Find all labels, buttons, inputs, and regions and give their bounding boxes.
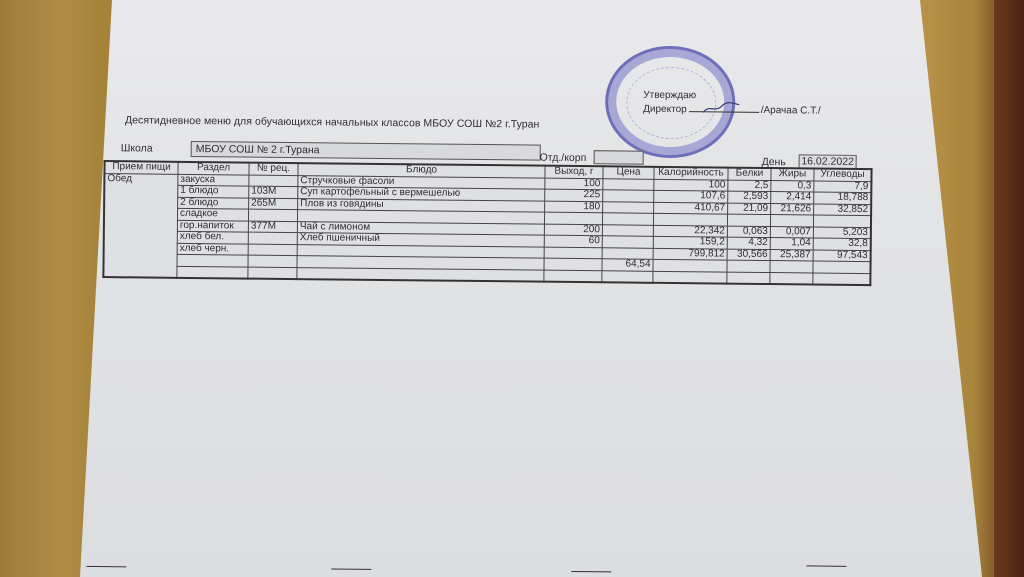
protein-cell [727, 260, 770, 272]
section-cell [177, 266, 248, 279]
price-cell [602, 247, 653, 259]
price-cell [603, 190, 654, 202]
price-cell [602, 270, 653, 283]
recipe-cell [248, 209, 297, 221]
document-title: Десятидневное меню для обучающихся начал… [125, 114, 540, 130]
approval-name: /Арачаа С.Т./ [761, 105, 821, 117]
footer-mark [806, 565, 846, 566]
calories-cell: 159,2 [653, 236, 727, 248]
protein-cell: 30,566 [727, 249, 770, 261]
menu-table: Прием пищи Раздел № рец. Блюдо Выход, г … [102, 160, 872, 286]
protein-cell: 2,5 [728, 180, 771, 192]
recipe-cell: 377М [248, 221, 297, 233]
recipe-cell: 103М [249, 186, 298, 198]
calories-cell: 799,812 [653, 248, 727, 260]
header-carbs: Углеводы [814, 168, 872, 181]
price-cell [602, 213, 653, 225]
carbs-cell: 5,203 [813, 226, 871, 238]
department-field [594, 150, 644, 165]
approval-role: Директор [643, 104, 687, 115]
calories-cell: 22,342 [653, 225, 727, 237]
header-calories: Калорийность [654, 167, 728, 180]
header-recipe: № рец. [249, 163, 298, 176]
approval-heading: Утверждаю [643, 90, 696, 102]
header-price: Цена [603, 166, 654, 179]
school-field: МБОУ СОШ № 2 г.Турана [191, 141, 541, 161]
fat-cell: 2,414 [771, 192, 814, 204]
recipe-cell [248, 232, 297, 244]
header-fat: Жиры [771, 168, 814, 180]
section-cell: сладкое [177, 208, 248, 220]
calories-cell: 410,67 [654, 202, 728, 214]
calories-cell [653, 271, 727, 284]
carbs-cell: 32,8 [813, 238, 871, 250]
carbs-cell [813, 261, 871, 273]
carbs-cell: 32,852 [814, 203, 872, 215]
fat-cell: 25,387 [770, 249, 813, 261]
section-cell: хлеб черн. [177, 243, 248, 255]
menu-document: Утверждаю Директор/Арачаа С.Т./ Десятидн… [0, 0, 1024, 577]
recipe-cell [248, 244, 297, 256]
footer-mark [571, 571, 611, 572]
protein-cell: 4,32 [727, 237, 770, 249]
protein-cell [727, 214, 770, 226]
price-cell [602, 236, 653, 248]
header-protein: Белки [728, 168, 771, 180]
price-cell: 64,54 [602, 259, 653, 271]
output-cell [544, 247, 602, 259]
carbs-cell: 18,788 [814, 192, 872, 204]
fat-cell: 0,3 [771, 180, 814, 192]
header-meal: Прием пищи [104, 161, 178, 174]
protein-cell: 21,09 [728, 203, 771, 215]
recipe-cell [248, 255, 297, 267]
protein-cell: 2,593 [728, 191, 771, 203]
calories-cell [653, 213, 727, 225]
price-cell [603, 201, 654, 213]
header-output: Выход, г [545, 166, 603, 179]
carbs-cell [813, 272, 871, 285]
output-cell: 60 [544, 235, 602, 247]
fat-cell [770, 272, 813, 284]
calories-cell [653, 259, 727, 271]
output-cell: 100 [545, 178, 603, 190]
recipe-cell [248, 267, 297, 280]
price-cell [602, 224, 653, 236]
fat-cell [770, 215, 813, 227]
calories-cell: 107,6 [654, 190, 728, 202]
price-cell [603, 178, 654, 190]
output-cell [544, 258, 602, 270]
section-cell [177, 254, 248, 266]
carbs-cell: 7,9 [814, 180, 872, 192]
fat-cell [770, 261, 813, 273]
output-cell: 225 [545, 189, 603, 201]
output-cell: 180 [545, 201, 603, 213]
school-label: Школа [121, 142, 153, 154]
department-label: Отд./корп [540, 152, 587, 164]
fat-cell: 21,626 [771, 203, 814, 215]
protein-cell [727, 272, 770, 284]
calories-cell: 100 [654, 179, 728, 191]
carbs-cell: 97,543 [813, 249, 871, 261]
fat-cell: 1,04 [770, 238, 813, 250]
recipe-cell: 265М [249, 198, 298, 210]
meal-cell: Обед [103, 173, 178, 278]
output-cell: 200 [544, 224, 602, 236]
section-cell: хлеб бел. [177, 231, 248, 243]
protein-cell: 0,063 [727, 226, 770, 238]
fat-cell: 0,007 [770, 226, 813, 238]
output-cell [544, 212, 602, 224]
output-cell [544, 270, 602, 283]
signature-scribble [701, 100, 741, 114]
dish-cell [297, 267, 544, 282]
footer-mark [86, 566, 126, 567]
section-cell: 1 блюдо [178, 185, 249, 197]
header-section: Раздел [178, 162, 249, 175]
footer-mark [331, 568, 371, 569]
carbs-cell [813, 215, 871, 227]
